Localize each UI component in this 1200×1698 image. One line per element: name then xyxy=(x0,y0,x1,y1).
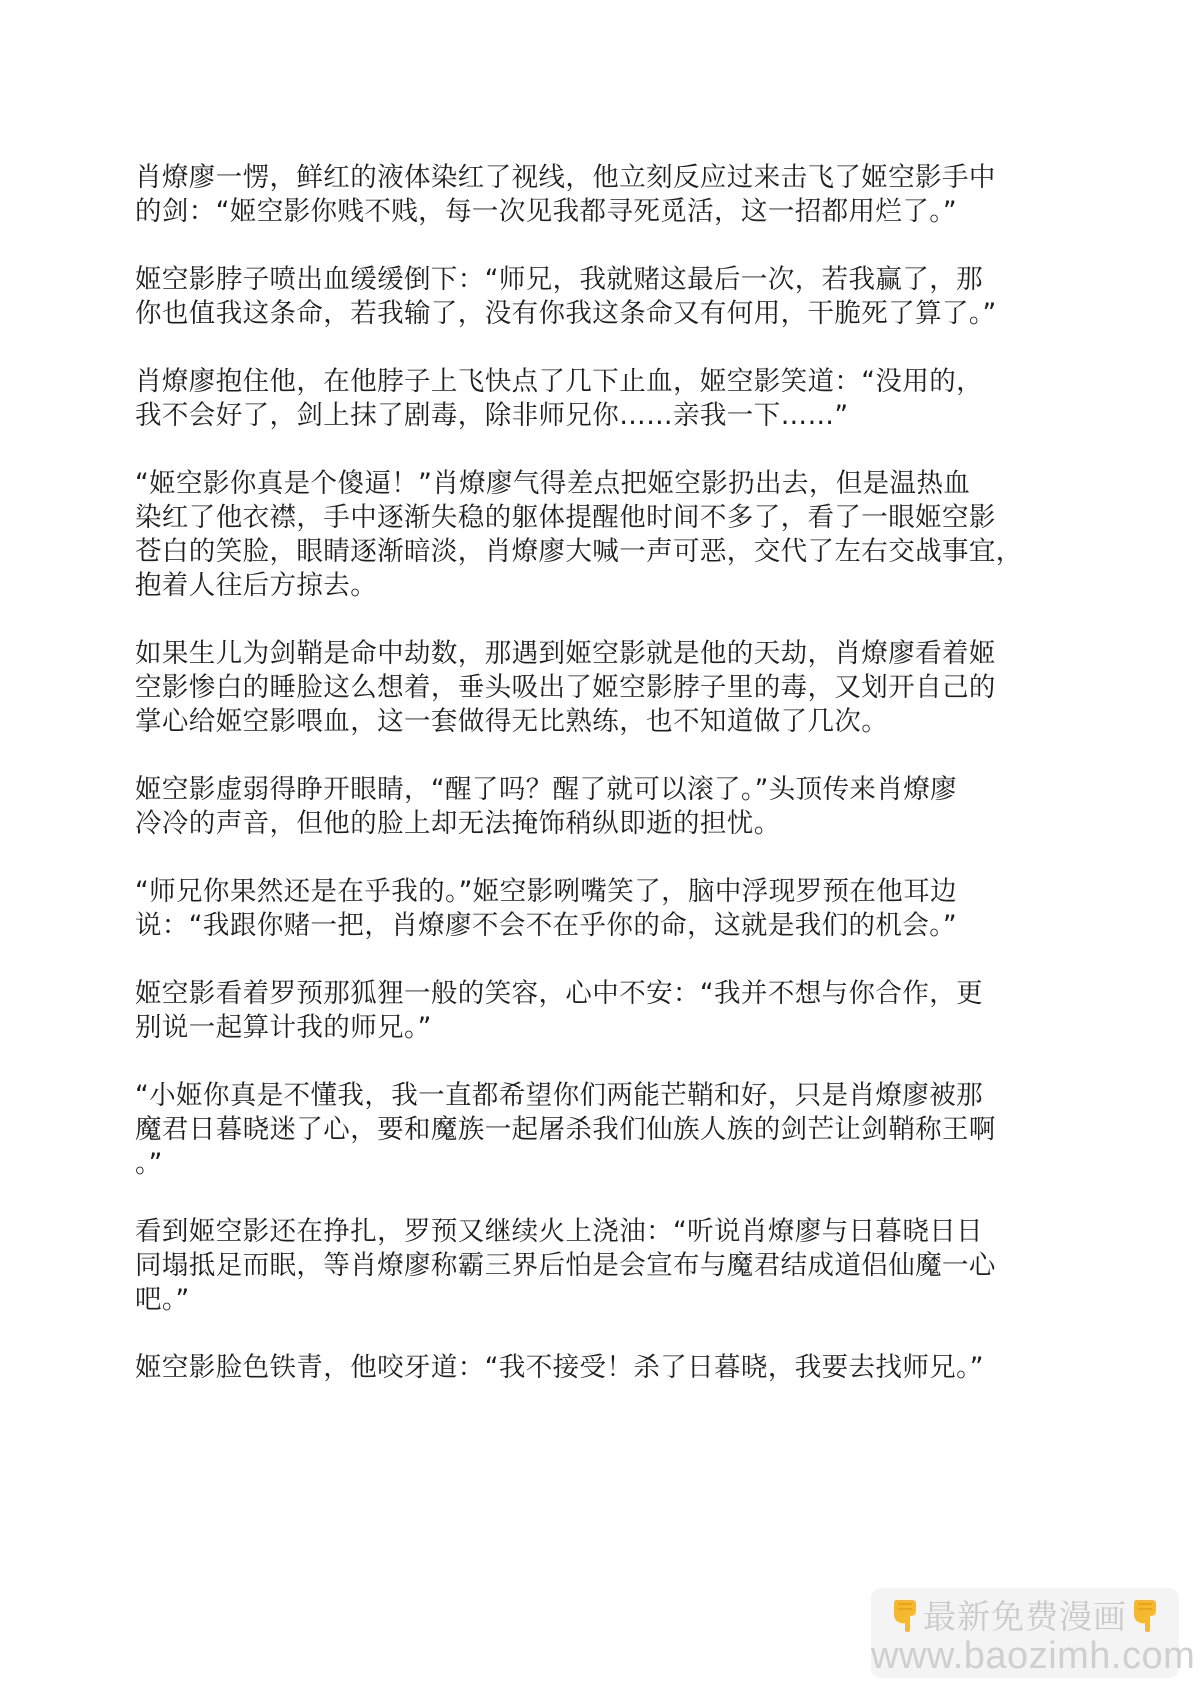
text-line: 。” xyxy=(135,1147,995,1181)
text-line: 你也值我这条命，若我输了，没有你我这条命又有何用，干脆死了算了。” xyxy=(135,297,995,331)
watermark-title: 最新免费漫画 xyxy=(923,1591,1127,1638)
text-line: “小姬你真是不懂我，我一直都希望你们两能芒鞘和好，只是肖燎廖被那 xyxy=(135,1079,995,1113)
text-line: 姬空影看着罗预那狐狸一般的笑容，心中不安：“我并不想与你合作，更 xyxy=(135,977,995,1011)
watermark-url: www.baozimh.com xyxy=(871,1636,1179,1676)
text-line: 抱着人往后方掠去。 xyxy=(135,569,995,603)
paragraph-7: “师兄你果然还是在乎我的。”姬空影咧嘴笑了，脑中浮现罗预在他耳边 说：“我跟你赌… xyxy=(135,875,995,943)
text-line: 苍白的笑脸，眼睛逐渐暗淡，肖燎廖大喊一声可恶，交代了左右交战事宜， xyxy=(135,535,995,569)
text-line: 吧。” xyxy=(135,1283,995,1317)
text-line: 空影惨白的睡脸这么想着，垂头吸出了姬空影脖子里的毒，又划开自己的 xyxy=(135,671,995,705)
text-line: 肖燎廖抱住他，在他脖子上飞快点了几下止血，姬空影笑道：“没用的， xyxy=(135,365,995,399)
text-line: “师兄你果然还是在乎我的。”姬空影咧嘴笑了，脑中浮现罗预在他耳边 xyxy=(135,875,995,909)
pointing-down-hand-icon xyxy=(1130,1596,1160,1632)
text-line: “姬空影你真是个傻逼！”肖燎廖气得差点把姬空影扔出去，但是温热血 xyxy=(135,467,995,501)
paragraph-1: 肖燎廖一愣，鲜红的液体染红了视线，他立刻反应过来击飞了姬空影手中 的剑：“姬空影… xyxy=(135,161,995,229)
paragraph-9: “小姬你真是不懂我，我一直都希望你们两能芒鞘和好，只是肖燎廖被那 魔君日暮晓迷了… xyxy=(135,1079,995,1181)
text-line: 的剑：“姬空影你贱不贱，每一次见我都寻死觅活，这一招都用烂了。” xyxy=(135,195,995,229)
pointing-down-hand-icon xyxy=(890,1596,920,1632)
paragraph-2: 姬空影脖子喷出血缓缓倒下：“师兄，我就赌这最后一次，若我赢了，那 你也值我这条命… xyxy=(135,263,995,331)
paragraph-6: 姬空影虚弱得睁开眼睛，“醒了吗？醒了就可以滚了。”头顶传来肖燎廖 冷冷的声音，但… xyxy=(135,773,995,841)
text-line: 染红了他衣襟，手中逐渐失稳的躯体提醒他时间不多了，看了一眼姬空影 xyxy=(135,501,995,535)
paragraph-4: “姬空影你真是个傻逼！”肖燎廖气得差点把姬空影扔出去，但是温热血 染红了他衣襟，… xyxy=(135,467,995,603)
paragraph-10: 看到姬空影还在挣扎，罗预又继续火上浇油：“听说肖燎廖与日暮晓日日 同塌抵足而眠，… xyxy=(135,1215,995,1317)
text-line: 别说一起算计我的师兄。” xyxy=(135,1011,995,1045)
text-line: 同塌抵足而眠，等肖燎廖称霸三界后怕是会宣布与魔君结成道侣仙魔一心 xyxy=(135,1249,995,1283)
text-line: 掌心给姬空影喂血，这一套做得无比熟练，也不知道做了几次。 xyxy=(135,705,995,739)
paragraph-3: 肖燎廖抱住他，在他脖子上飞快点了几下止血，姬空影笑道：“没用的， 我不会好了，剑… xyxy=(135,365,995,433)
text-line: 肖燎廖一愣，鲜红的液体染红了视线，他立刻反应过来击飞了姬空影手中 xyxy=(135,161,995,195)
text-line: 我不会好了，剑上抹了剧毒，除非师兄你……亲我一下……” xyxy=(135,399,995,433)
text-line: 看到姬空影还在挣扎，罗预又继续火上浇油：“听说肖燎廖与日暮晓日日 xyxy=(135,1215,995,1249)
text-line: 姬空影脖子喷出血缓缓倒下：“师兄，我就赌这最后一次，若我赢了，那 xyxy=(135,263,995,297)
document-body: 肖燎廖一愣，鲜红的液体染红了视线，他立刻反应过来击飞了姬空影手中 的剑：“姬空影… xyxy=(135,161,995,1419)
text-line: 魔君日暮晓迷了心，要和魔族一起屠杀我们仙族人族的剑芒让剑鞘称王啊 xyxy=(135,1113,995,1147)
text-line: 冷冷的声音，但他的脸上却无法掩饰稍纵即逝的担忧。 xyxy=(135,807,995,841)
text-line: 姬空影虚弱得睁开眼睛，“醒了吗？醒了就可以滚了。”头顶传来肖燎廖 xyxy=(135,773,995,807)
paragraph-5: 如果生儿为剑鞘是命中劫数，那遇到姬空影就是他的天劫，肖燎廖看着姬 空影惨白的睡脸… xyxy=(135,637,995,739)
paragraph-11: 姬空影脸色铁青，他咬牙道：“我不接受！杀了日暮晓，我要去找师兄。” xyxy=(135,1351,995,1385)
text-line: 姬空影脸色铁青，他咬牙道：“我不接受！杀了日暮晓，我要去找师兄。” xyxy=(135,1351,995,1385)
text-line: 说：“我跟你赌一把，肖燎廖不会不在乎你的命，这就是我们的机会。” xyxy=(135,909,995,943)
watermark-banner[interactable]: 最新免费漫画 www.baozimh.com xyxy=(871,1588,1179,1678)
paragraph-8: 姬空影看着罗预那狐狸一般的笑容，心中不安：“我并不想与你合作，更 别说一起算计我… xyxy=(135,977,995,1045)
watermark-title-row: 最新免费漫画 xyxy=(871,1592,1179,1636)
text-line: 如果生儿为剑鞘是命中劫数，那遇到姬空影就是他的天劫，肖燎廖看着姬 xyxy=(135,637,995,671)
